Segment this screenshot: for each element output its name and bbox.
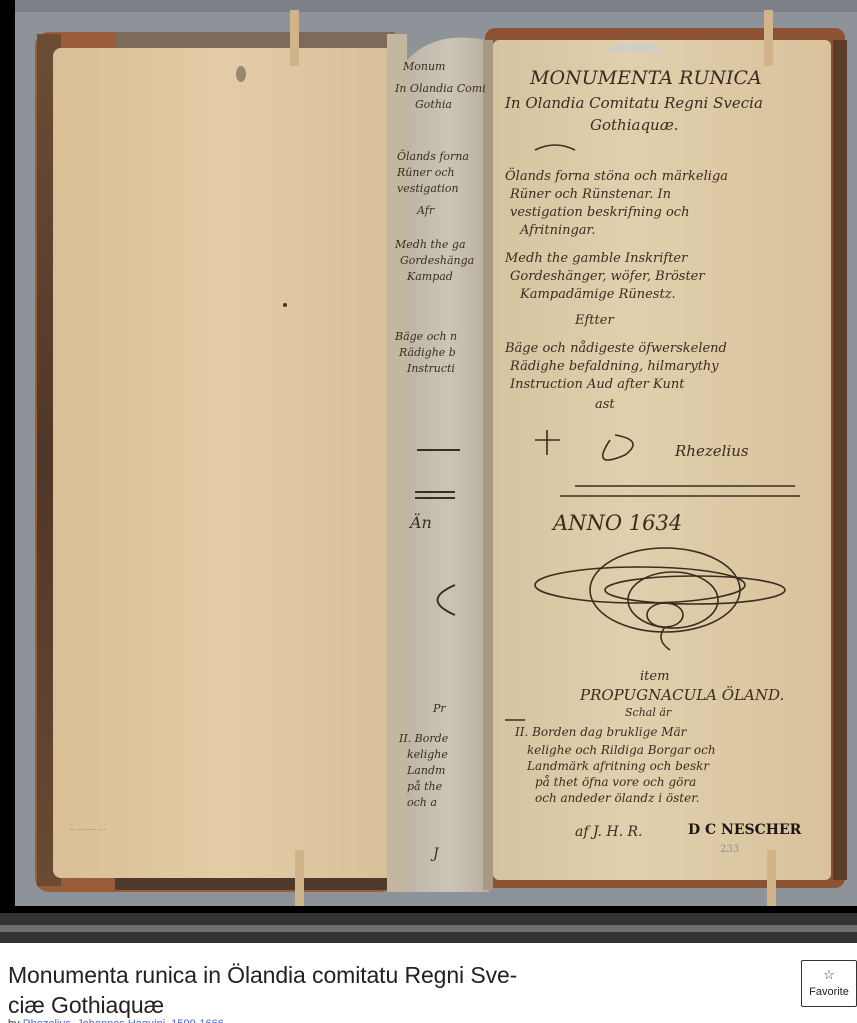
svg-text:In Olandia Comitatu Regni Svec: In Olandia Comitatu Regni Svecia [504,94,763,112]
svg-text:Eftter: Eftter [574,313,614,328]
svg-text:Gordeshänga: Gordeshänga [400,254,474,267]
svg-text:Gothia: Gothia [415,98,452,111]
photo-background-band [15,0,857,10]
svg-text:Landm: Landm [406,764,445,777]
svg-text:Gothiaquæ.: Gothiaquæ. [590,116,679,134]
svg-text:Kampadämige Rünestz.: Kampadämige Rünestz. [519,287,676,302]
svg-text:Rüner och Rünstenar. In: Rüner och Rünstenar. In [509,187,671,202]
svg-text:MONUMENTA RUNICA: MONUMENTA RUNICA [529,67,762,89]
svg-text:Medh the gamble Inskrifter: Medh the gamble Inskrifter [504,251,688,266]
item-title-line-1: Monumenta runica in Ölandia comitatu Reg… [8,962,517,988]
image-viewer[interactable]: ·· ········· ··· Monum In Olandia Comi G… [0,0,857,913]
svg-text:·· ········· ···: ·· ········· ··· [70,826,106,834]
svg-text:och a: och a [407,796,437,809]
svg-text:Bäge och n: Bäge och n [394,330,457,343]
svg-text:II. Borden dag bruklige Mär: II. Borden dag bruklige Mär [514,725,688,739]
svg-text:på the: på the [407,780,443,793]
svg-text:Rüner och: Rüner och [396,166,455,179]
manuscript-image[interactable]: ·· ········· ··· Monum In Olandia Comi G… [15,0,857,906]
svg-text:vestigation: vestigation [397,182,459,195]
svg-text:PROPUGNACULA ÖLAND.: PROPUGNACULA ÖLAND. [579,686,784,704]
svg-text:ast: ast [595,397,615,412]
svg-text:Schal är: Schal är [625,706,672,719]
item-header: Monumenta runica in Ölandia comitatu Reg… [0,943,857,1023]
svg-text:Instructi: Instructi [406,362,455,375]
svg-text:kelighe: kelighe [407,748,448,761]
svg-text:233: 233 [720,844,739,855]
svg-text:Medh the ga: Medh the ga [394,238,466,251]
svg-text:af J. H. R.: af J. H. R. [575,824,643,840]
svg-text:på thet öfna vore och göra: på thet öfna vore och göra [535,774,696,789]
author-link[interactable]: Rhezelius, Johannes Haquini, 1599-1666 [23,1018,224,1023]
svg-text:D C NESCHER: D C NESCHER [688,822,802,838]
svg-text:Ölands forna stöna och märkeli: Ölands forna stöna och märkeliga [505,167,728,184]
svg-text:Än: Än [408,512,432,532]
favorite-label: Favorite [802,985,856,999]
manuscript-photo-illustration: ·· ········· ··· Monum In Olandia Comi G… [15,0,857,906]
svg-text:Kampad: Kampad [406,270,453,283]
svg-text:Landmärk afritning och beskr: Landmärk afritning och beskr [526,759,710,773]
item-byline: by Rhezelius, Johannes Haquini, 1599-166… [8,1017,224,1023]
item-title-line-2: ciæ Gothiaquæ [8,992,164,1018]
svg-text:ANNO 1634: ANNO 1634 [551,511,682,535]
svg-text:Pr: Pr [432,702,446,715]
svg-text:Rädighe befaldning, hilmarythy: Rädighe befaldning, hilmarythy [509,359,719,374]
svg-text:Gordeshänger, wöfer, Bröster: Gordeshänger, wöfer, Bröster [510,269,705,284]
viewer-toolbar [0,913,857,943]
star-outline-icon: ☆ [802,967,856,982]
svg-text:item: item [640,669,669,684]
svg-text:vestigation beskrifning och: vestigation beskrifning och [510,205,689,220]
svg-text:Bäge och nådigeste öfwerskelen: Bäge och nådigeste öfwerskelend [504,340,727,356]
favorite-button[interactable]: ☆ Favorite [801,960,857,1007]
viewer-progress-track[interactable] [0,925,857,932]
svg-text:Instruction Aud after Kunt: Instruction Aud after Kunt [509,377,685,392]
item-title: Monumenta runica in Ölandia comitatu Reg… [8,960,648,1020]
svg-text:Ölands forna: Ölands forna [397,149,469,163]
svg-text:Monum: Monum [402,60,446,73]
svg-text:Rhezelius: Rhezelius [674,442,749,460]
svg-text:In Olandia Comi: In Olandia Comi [394,82,486,95]
svg-text:Afritningar.: Afritningar. [519,223,595,238]
byline-prefix: by [8,1018,20,1023]
svg-text:Rädighe b: Rädighe b [398,346,456,359]
svg-text:Afr: Afr [416,204,435,217]
svg-text:II. Borde: II. Borde [398,732,449,745]
svg-text:och andeder ölandz i öster.: och andeder ölandz i öster. [535,791,699,805]
svg-text:kelighe och Rildiga Borgar och: kelighe och Rildiga Borgar och [527,743,716,757]
